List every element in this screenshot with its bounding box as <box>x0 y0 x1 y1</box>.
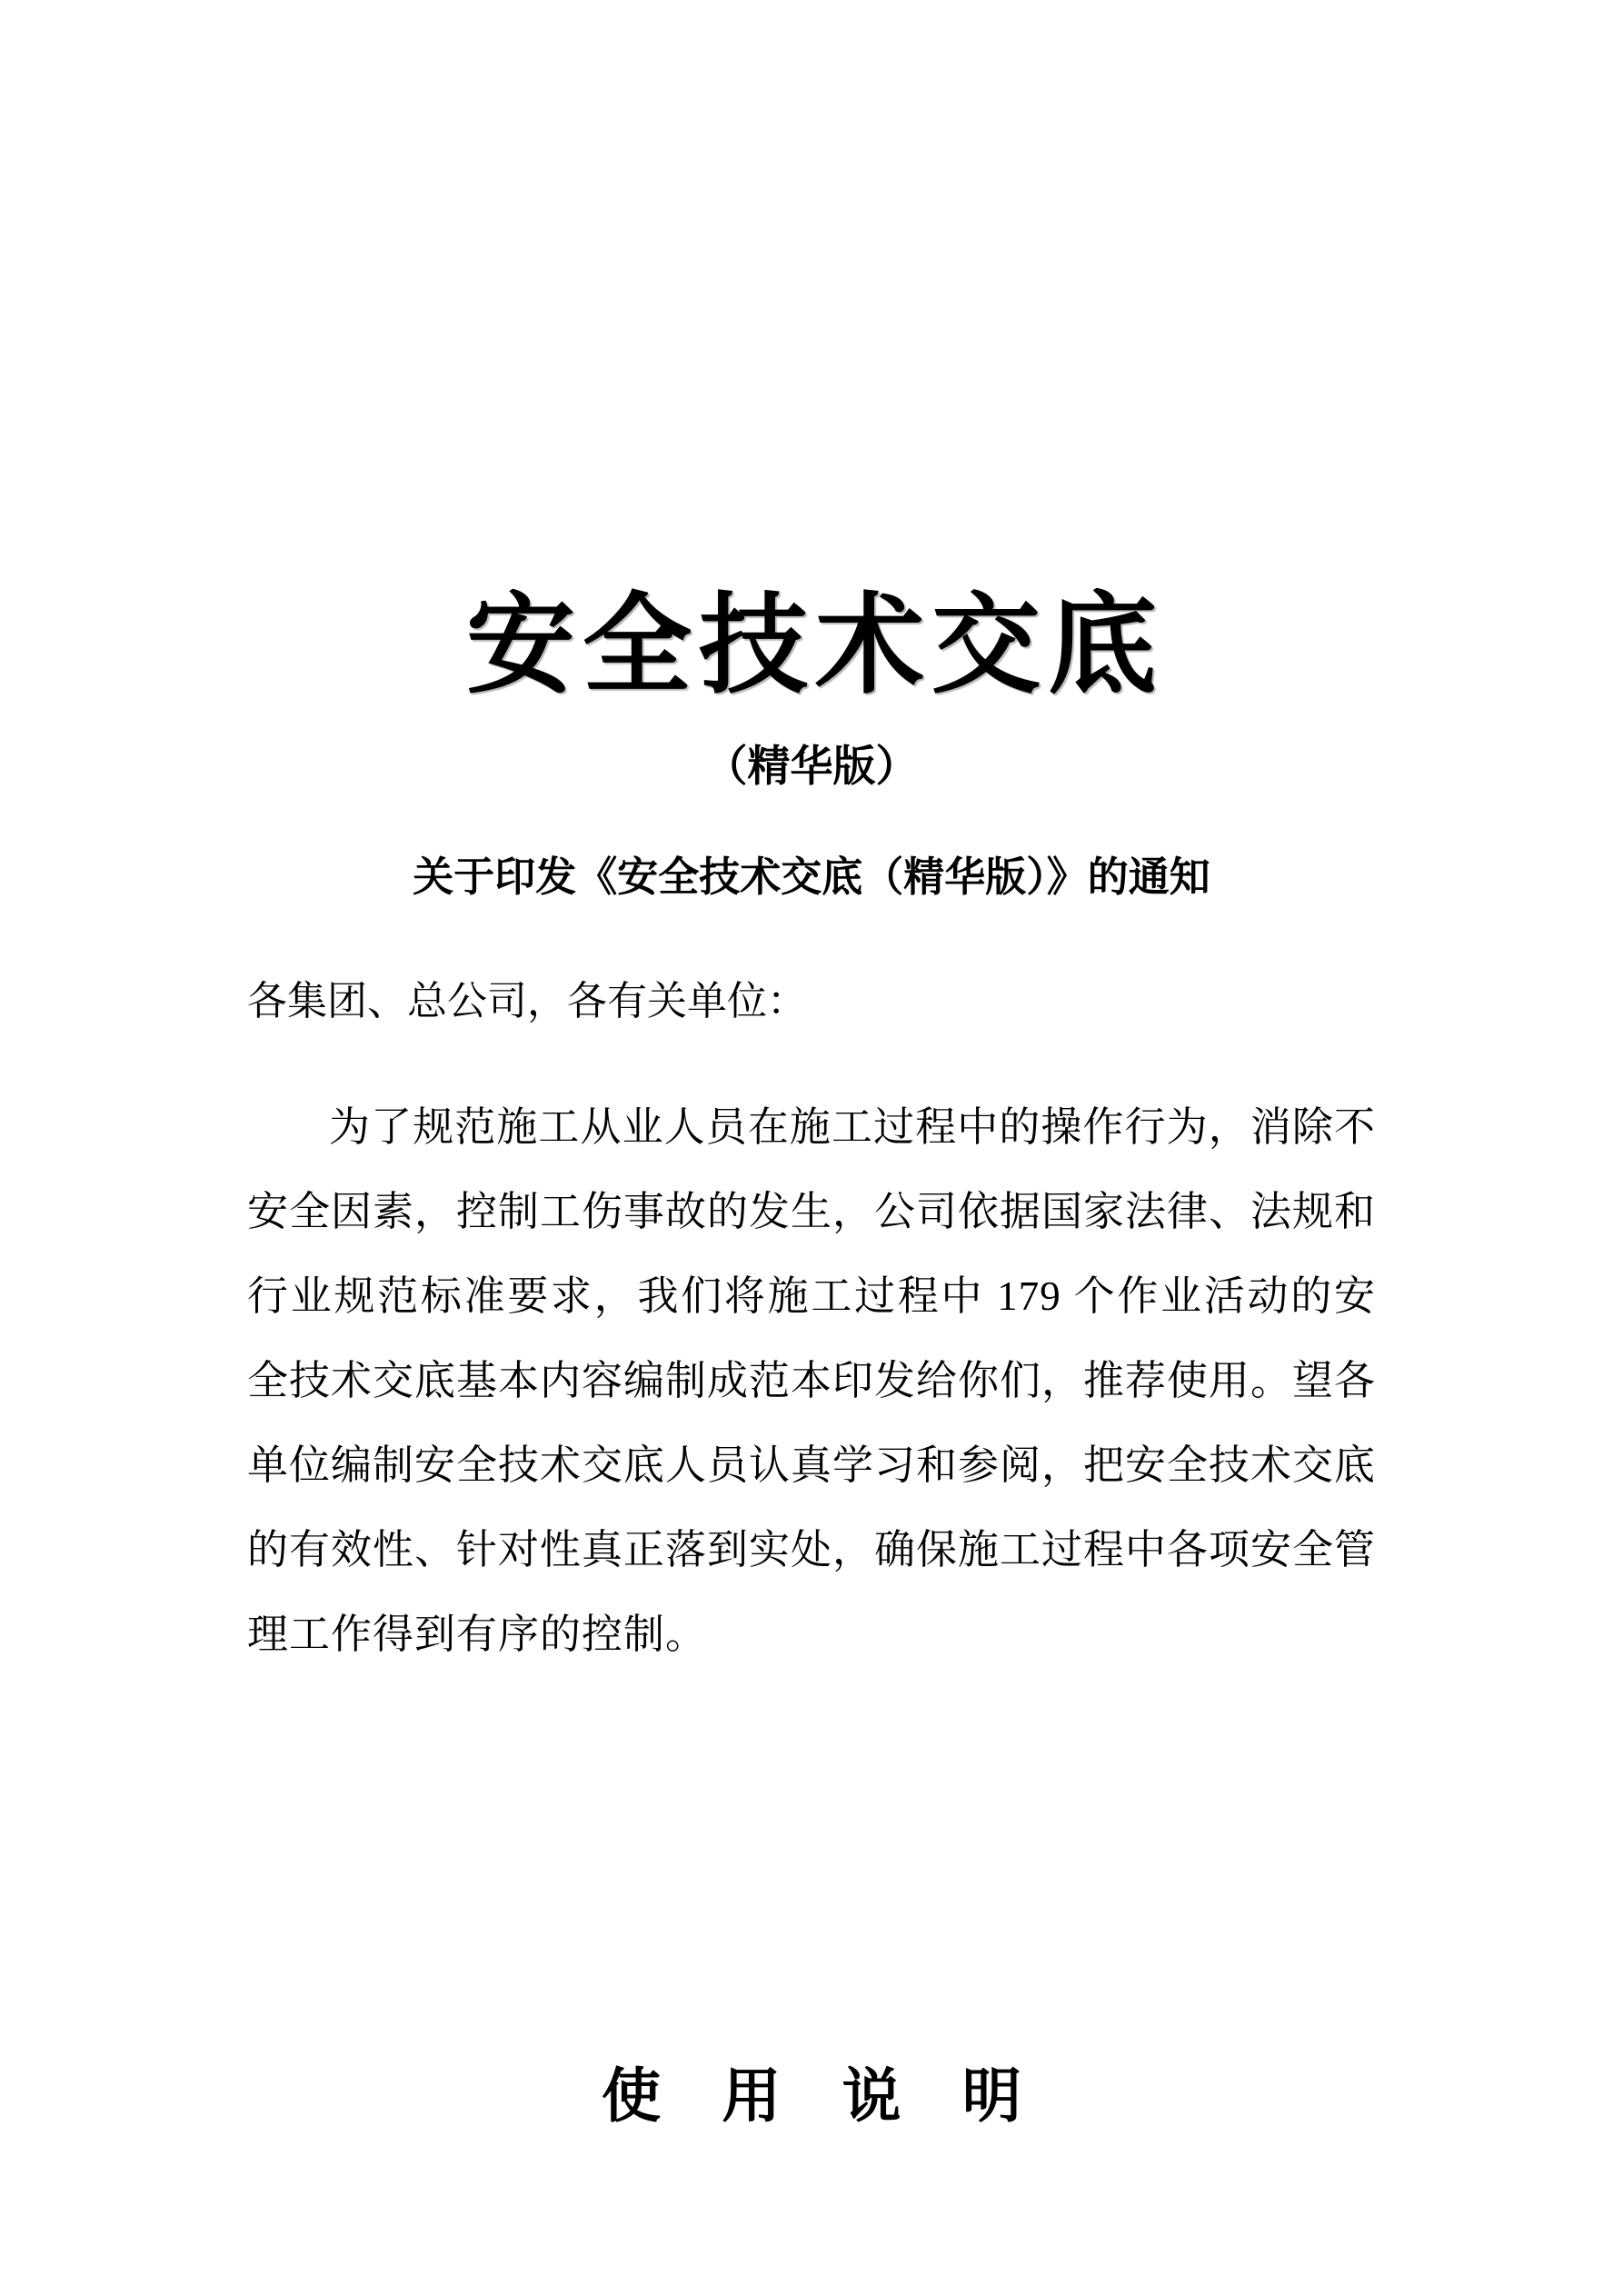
usage-section-heading: 使 用 说 明 <box>0 2065 1623 2131</box>
document-title: 安全技术交底 <box>0 586 1623 706</box>
document-page: 安全技术交底 （精华版） 关于印发《安全技术交底（精华版）》的通知 各集团、总公… <box>0 0 1623 2296</box>
body-paragraph: 为了规范施工从业人员在施工过程中的操作行为，消除不安全因素，控制工伤事故的发生，… <box>247 1085 1376 1677</box>
salutation-line: 各集团、总公司，各有关单位： <box>247 978 807 1026</box>
notice-heading: 关于印发《安全技术交底（精华版）》的通知 <box>0 853 1623 902</box>
document-subtitle: （精华版） <box>0 742 1623 793</box>
